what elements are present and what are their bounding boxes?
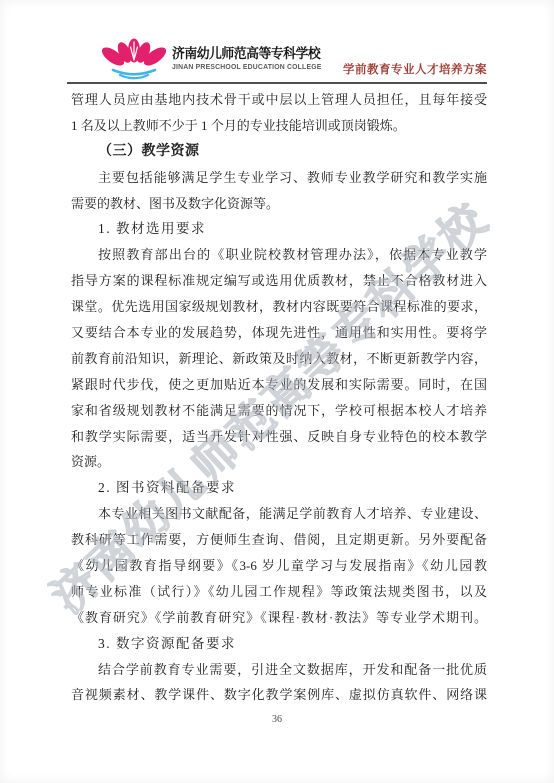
text-line: 音视频素材、教学课件、数字化教学案例库、虚拟仿真软件、网络课 bbox=[71, 682, 487, 708]
header-divider-line bbox=[67, 82, 487, 84]
text-line: 前教育前沿知识，新理论、新政策及时纳入教材，不断更新教学内容， bbox=[71, 346, 487, 372]
text-line: 教科研等工作需要，方便师生查询、借阅，且定期更新。另外要配备 bbox=[71, 527, 487, 553]
subsection-heading: 2. 图书资料配备要求 bbox=[71, 475, 487, 501]
school-name-english: JINAN PRESCHOOL EDUCATION COLLEGE bbox=[172, 64, 339, 71]
page-number: 36 bbox=[272, 714, 282, 725]
subsection-heading: 1. 教材选用要求 bbox=[71, 216, 487, 242]
school-logo-lotus-icon bbox=[101, 37, 167, 82]
text-line: 课堂。优先选用国家级规划教材，教材内容既要符合课程标准的要求， bbox=[71, 294, 487, 320]
text-line: 按照教育部出台的《职业院校教材管理办法》，依据本专业教学 bbox=[71, 242, 487, 268]
text-line: 和教学实际需要，适当开发针对性强、反映自身专业特色的校本教学 bbox=[71, 424, 487, 450]
text-line: 主要包括能够满足学生专业学习、教师专业教学研究和教学实施 bbox=[71, 165, 487, 191]
body-lines: 管理人员应由基地内技术骨干或中层以上管理人员担任，且每年接受1 名及以上教师不少… bbox=[71, 87, 487, 708]
school-name-block: 济南幼儿师范高等专科学校 JINAN PRESCHOOL EDUCATION C… bbox=[172, 42, 342, 71]
school-name-chinese: 济南幼儿师范高等专科学校 bbox=[172, 42, 334, 62]
text-line: 资源。 bbox=[71, 449, 487, 475]
page-footer: 36 bbox=[0, 714, 554, 725]
text-line: 1 名及以上教师不少于 1 个月的专业技能培训或顶岗锻炼。 bbox=[71, 113, 487, 139]
text-line: 结合学前教育专业需要，引进全文数据库，开发和配备一批优质 bbox=[71, 657, 487, 683]
text-line: 指导方案的课程标准规定编写或选用优质教材，禁止不合格教材进入 bbox=[71, 268, 487, 294]
text-line: 《幼儿园教育指导纲要》《3-6 岁儿童学习与发展指南》《幼儿园教 bbox=[71, 553, 487, 579]
text-line: 家和省级规划教材不能满足需要的情况下，学校可根据本校人才培养 bbox=[71, 398, 487, 424]
text-line: 师专业标准（试行）》《幼儿园工作规程》等政策法规类图书，以及 bbox=[71, 579, 487, 605]
subsection-heading: 3. 数字资源配备要求 bbox=[71, 631, 487, 657]
section-heading: （三）教学资源 bbox=[71, 139, 487, 165]
document-title: 学前教育专业人才培养方案 bbox=[343, 61, 487, 77]
text-line: 本专业相关图书文献配备，能满足学前教育人才培养、专业建设、 bbox=[71, 501, 487, 527]
page-header: 济南幼儿师范高等专科学校 JINAN PRESCHOOL EDUCATION C… bbox=[0, 0, 554, 84]
text-line: 需要的教材、图书及数字化资源等。 bbox=[71, 191, 487, 217]
text-line: 《教育研究》《学前教育研究》《课程·教材·教法》等专业学术期刊。 bbox=[71, 605, 487, 631]
text-line: 管理人员应由基地内技术骨干或中层以上管理人员担任，且每年接受 bbox=[71, 87, 487, 113]
text-line: 又要结合本专业的发展趋势，体现先进性，通用性和实用性。要将学 bbox=[71, 320, 487, 346]
document-page: 济南幼儿师范高等专科学校 JINAN PRESCHOOL EDUCATION C… bbox=[0, 0, 554, 783]
text-line: 紧跟时代步伐，使之更加贴近本专业的发展和实际需要。同时，在国 bbox=[71, 372, 487, 398]
